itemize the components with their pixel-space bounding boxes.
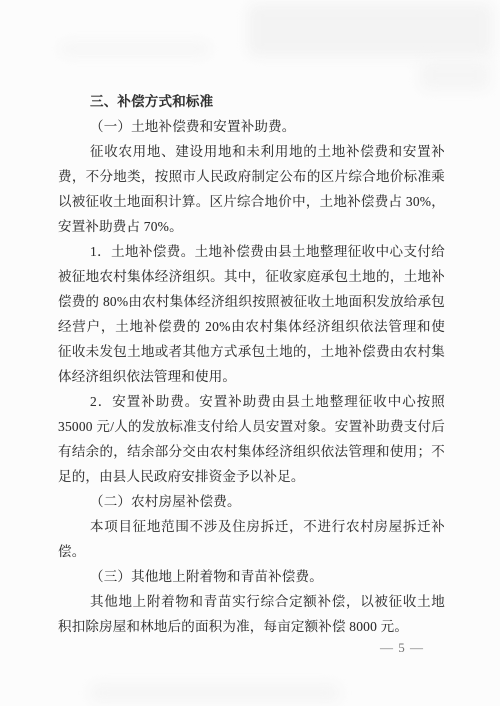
text-line: 其他地上附着物和青苗实行综合定额补偿，以被征收土地面 — [58, 589, 445, 614]
scan-showthrough-artifact — [90, 684, 340, 702]
text-line: 偿。 — [58, 539, 445, 564]
text-line: （三）其他地上附着物和青苗补偿费。 — [58, 564, 445, 589]
text-line: 征收农用地、建设用地和未利用地的土地补偿费和安置补助 — [58, 139, 445, 164]
text-line: 费，不分地类，按照市人民政府制定公布的区片综合地价标准乘 — [58, 164, 445, 189]
page-number: — 5 — — [380, 637, 424, 659]
scan-showthrough-artifact — [420, 60, 490, 90]
text-line: 征收未发包土地或者其他方式承包土地的，土地补偿费由农村集 — [58, 339, 445, 364]
text-line: 2．安置补助费。安置补助费由县土地整理征收中心按照 — [58, 389, 445, 414]
text-line: 被征地农村集体经济组织。其中，征收家庭承包土地的，土地补 — [58, 264, 445, 289]
text-line: 偿费的 80%由农村集体经济组织按照被征收土地面积发放给承包 — [58, 289, 445, 314]
text-line: 积扣除房屋和林地后的面积为准，每亩定额补偿 8000 元。 — [58, 614, 445, 639]
text-line: （一）土地补偿费和安置补助费。 — [58, 114, 445, 139]
scan-showthrough-artifact — [60, 42, 210, 56]
text-line: 有结余的，结余部分交由农村集体经济组织依法管理和使用；不 — [58, 439, 445, 464]
text-line: 足的，由县人民政府安排资金予以补足。 — [58, 464, 445, 489]
document-body: 三、补偿方式和标准（一）土地补偿费和安置补助费。征收农用地、建设用地和未利用地的… — [58, 89, 445, 639]
text-line: 经营户，土地补偿费的 20%由农村集体经济组织依法管理和使用； — [58, 314, 445, 339]
scan-showthrough-artifact — [248, 4, 492, 56]
text-line: 35000 元/人的发放标准支付给人员安置对象。安置补助费支付后 — [58, 414, 445, 439]
text-line: （二）农村房屋补偿费。 — [58, 489, 445, 514]
text-line: 1．土地补偿费。土地补偿费由县土地整理征收中心支付给 — [58, 239, 445, 264]
text-line: 以被征收土地面积计算。区片综合地价中，土地补偿费占 30%， — [58, 189, 445, 214]
text-line: 安置补助费占 70%。 — [58, 214, 445, 239]
document-page: 三、补偿方式和标准（一）土地补偿费和安置补助费。征收农用地、建设用地和未利用地的… — [0, 0, 500, 706]
text-line: 本项目征地范围不涉及住房拆迁，不进行农村房屋拆迁补 — [58, 514, 445, 539]
page-number-label: — 5 — — [380, 640, 424, 655]
text-line: 体经济组织依法管理和使用。 — [58, 364, 445, 389]
text-line: 三、补偿方式和标准 — [58, 89, 445, 114]
